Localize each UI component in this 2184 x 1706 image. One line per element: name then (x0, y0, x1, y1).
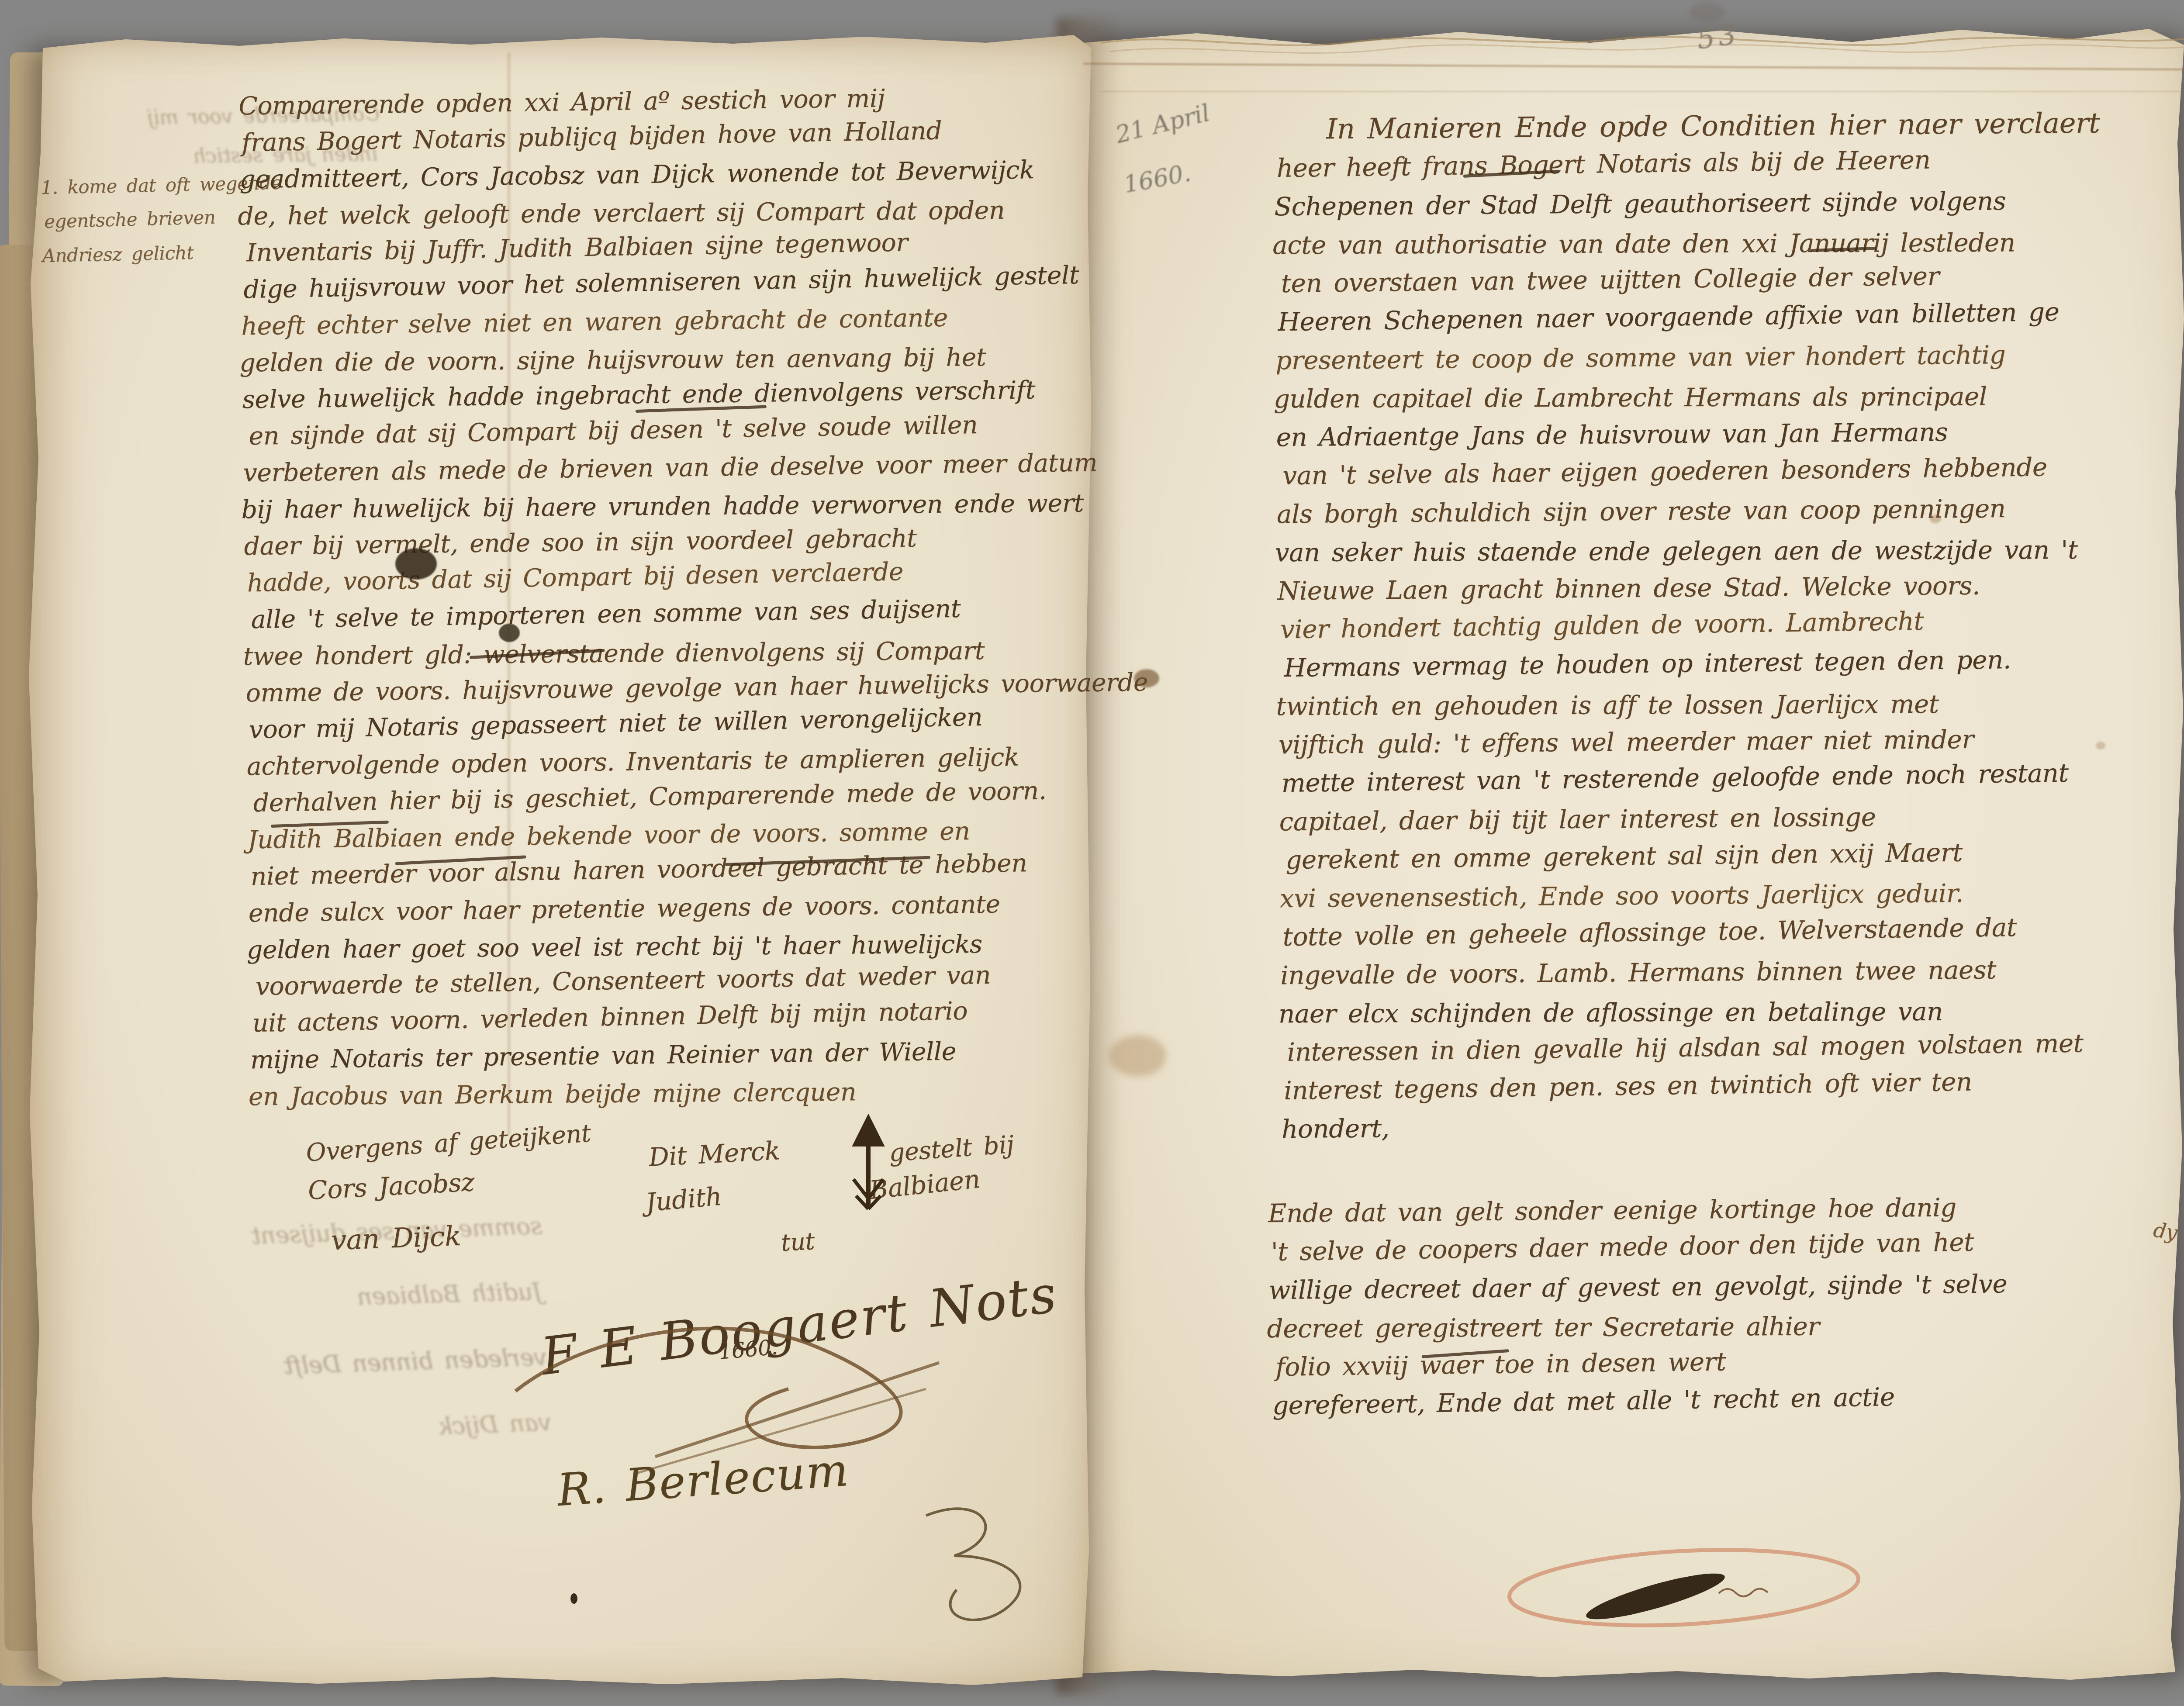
manuscript-line: gulden capitael die Lambrecht Hermans al… (1274, 376, 2182, 418)
manuscript-line: hondert, (1282, 1103, 2184, 1148)
manuscript-scan: Compareerde voor mijinden jare sestich s… (0, 0, 2184, 1706)
graphite-smudge (1690, 3, 1724, 22)
party-surname: van Dijck (331, 1220, 462, 1256)
manuscript-line: bij haer huwelijck bij haere vrunden had… (241, 485, 1050, 528)
ghost-line: Judith Balbiaen (83, 1259, 543, 1338)
left-page-text: Comparerende opden xxi April aº sestich … (238, 78, 1059, 1115)
manuscript-line: presenteert te coop de somme van vier ho… (1275, 334, 2184, 380)
witness-mid-word: tut (780, 1227, 815, 1257)
manuscript-line: Schepenen der Stad Delft geauthoriseert … (1274, 180, 2183, 226)
manuscript-line: als borgh schuldich sijn over reste van … (1277, 488, 2184, 533)
manuscript-line: ingevalle de voors. Lamb. Hermans binnen… (1280, 949, 2184, 995)
pencil-page-number: 53 (1695, 18, 1742, 55)
right-page-text: In Manieren Ende opde Conditien hier nae… (1274, 104, 2184, 1148)
manuscript-line: van seker huis staende ende gelegen aen … (1275, 530, 2183, 572)
right-page-paragraph-2: Ende dat van gelt sonder eenige kortinge… (1268, 1186, 2179, 1425)
edge-ink-note: dy (2152, 1218, 2179, 1244)
manuscript-line: willige decreet daer af gevest en gevolg… (1268, 1263, 2177, 1309)
manuscript-line: twee hondert gld: welverstaende dienvolg… (243, 632, 1051, 675)
manuscript-line: twintich en gehouden is aff te lossen Ja… (1276, 684, 2184, 725)
manuscript-line: gelden die de voorn. sijne huijsvrouw te… (239, 338, 1048, 382)
bleedthrough-text-bottom: somme van ses duijsentJudith Balbiaenver… (83, 1193, 550, 1471)
signature-year: 1660. (718, 1335, 778, 1364)
manuscript-line: en Jacobus van Berkum beijde mijne clerc… (249, 1072, 1057, 1115)
